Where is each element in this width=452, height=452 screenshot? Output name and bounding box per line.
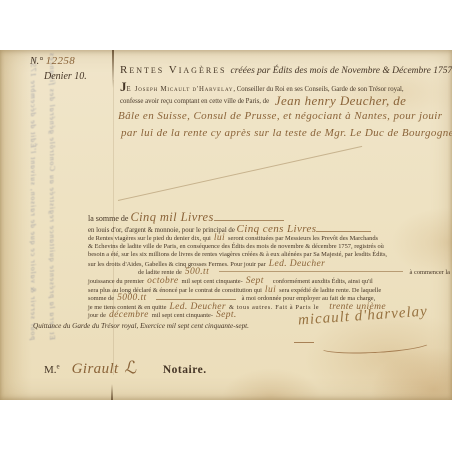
payer-name-handwritten: Jean henry Deucher, de [275,93,407,108]
body-text: mil sept cent cinquante- [182,278,243,287]
document-number-label: N.° [30,56,43,67]
intro-je: E [127,86,135,93]
handwritten-line-bourgogne: par lui de la rente cy après sur la test… [121,127,452,139]
pen-stroke [316,230,371,232]
body-text: à commencer la [410,269,450,278]
body-text: sera plus au long déclaré & énoncé par l… [88,287,262,296]
document-title: Rentes Viagères créées par Édits des moi… [120,60,452,78]
body-line-10: somme de5000.ttà moi ordonnée pour emplo… [88,294,450,303]
handwritten-line-basel: Bâle en Suisse, Consul de Prusse, et nég… [118,110,442,122]
amount-principal-handwritten: Cinq mil Livres [130,210,213,224]
hw-sum-amount: 5000.tt [117,294,146,303]
hw-decembre: décembre [109,311,149,320]
hw-sept-2: Sept. [216,311,237,320]
hw-led-deucher: Led. Deucher [269,260,326,269]
body-line-3: de Rentes viagères sur le pied du denier… [88,234,450,243]
notary-name-handwritten: Girault [72,361,119,377]
intro-line-2: confesse avoir reçu comptant en cette vi… [120,94,452,106]
bleedthrough-line: Et sera la présente quittance registrée … [43,100,62,340]
notary-prefix-sup: e [57,362,60,370]
body-line-sum: la somme de Cinq mil Livres [88,210,450,223]
intro-received-from: confesse avoir reçu comptant en cette vi… [120,98,269,105]
principal-label: en louis d'or, d'argent & monnoie, pour … [88,227,235,234]
intro-paragraph: JE Joseph Micault d'Harvelay, Conseiller… [120,82,452,106]
body-text: conformément auxdits Édits, ainsi qu'il [273,278,373,287]
bleedthrough-line: pour servir & valoir ce que de raison, s… [24,100,43,340]
denier-label: Denier 10. [44,71,87,82]
notary-paraph: ℒ [123,357,138,379]
body-text: somme de [88,295,114,304]
sum-label: la somme de [88,214,128,223]
intro-line1-rest: , Conseiller du Roi en ses Conseils, Gar… [233,86,403,93]
body-text: jouissance du premier [88,278,144,287]
body-line-7: de ladite rente de500.tt à commencer la [88,268,450,277]
title-rest: créées par Édits des mois de Novembre & … [231,66,452,76]
quittance-line: Quittance du Garde du Trésor royal, Exer… [33,322,249,330]
notary-line: M.e Girault ℒ Notaire. [44,358,207,378]
document-number: N.° 12258 [30,55,75,67]
amount-rente-handwritten: Cinq cens Livres [237,223,317,235]
treasurer-name: Joseph Micault d'Harvelay [135,86,234,93]
blank-rule [219,271,402,272]
hw-lui: lui [214,234,225,243]
pen-stroke [214,219,284,221]
signature-flourish-dash [294,342,314,343]
body-text: sur les droits d'Aides, Gabelles & cinq … [88,261,266,270]
bleedthrough-text: Et sera la présente quittance registrée … [20,100,62,340]
parchment-document: Et sera la présente quittance registrée … [0,50,452,400]
diagonal-fold-crease [118,146,362,201]
hw-sept: Sept [246,277,264,286]
notary-prefix: M.e [44,364,60,376]
body-line-louis: en louis d'or, d'argent & monnoie, pour … [88,223,450,234]
body-text: mil sept cent cinquante- [152,312,213,321]
body-paragraph: la somme de Cinq mil Livres en louis d'o… [88,210,450,320]
hw-lui-2: lui [265,286,276,295]
body-text: sera expédié de ladite rente. De laquell… [279,287,381,296]
hw-octobre: octobre [147,277,178,286]
notary-prefix-text: M. [44,364,57,376]
signature-flourish [318,333,433,356]
notaire-label: Notaire. [163,364,207,376]
title-lead: Rentes Viagères [120,64,227,76]
body-text: jour de [88,312,106,321]
hw-rente-amount: 500.tt [185,268,209,277]
body-line-4: & Echevins de ladite ville de Paris, en … [88,243,450,252]
photo-background: Et sera la présente quittance registrée … [0,0,452,452]
vertical-fold-crease-bottom [111,384,113,400]
body-line-6: sur les droits d'Aides, Gabelles & cinq … [88,260,450,269]
document-number-value: 12258 [46,55,76,67]
pen-stroke [156,298,236,300]
